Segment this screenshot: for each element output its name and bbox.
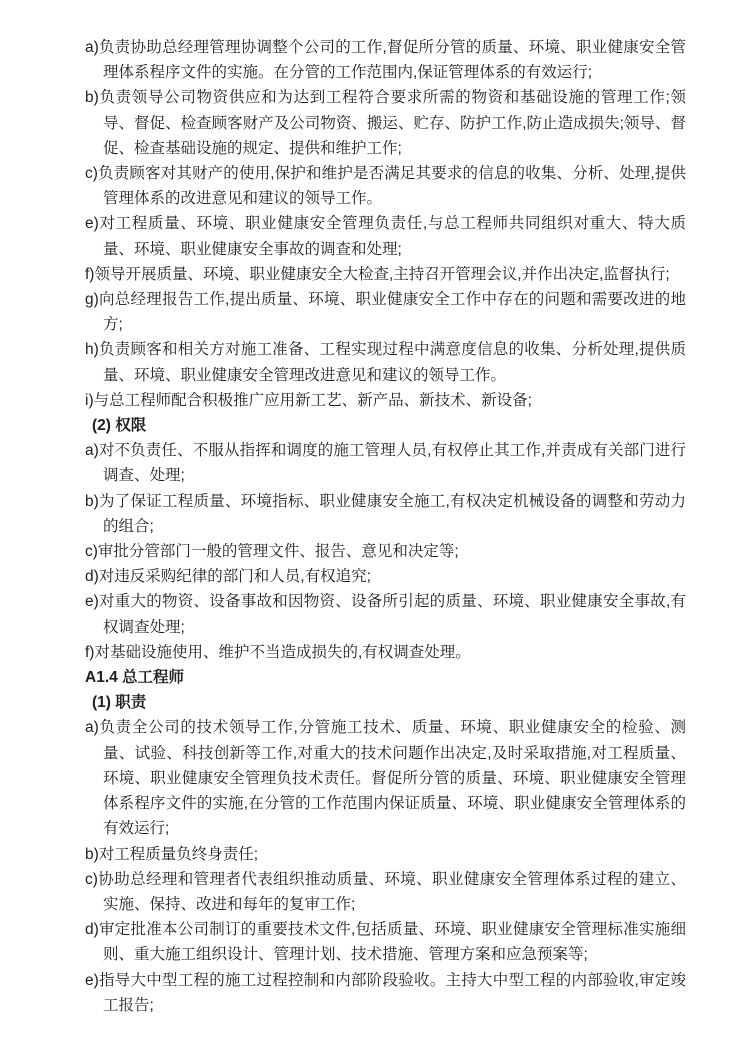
- list-item: e)对工程质量、环境、职业健康安全管理负责任,与总工程师共同组织对重大、特大质量…: [85, 211, 686, 261]
- list-item: d)对违反采购纪律的部门和人员,有权追究;: [85, 564, 686, 589]
- list-item: b)对工程质量负终身责任;: [85, 842, 686, 867]
- section-heading: A1.4 总工程师: [85, 665, 686, 690]
- list-item: g)向总经理报告工作,提出质量、环境、职业健康安全工作中存在的问题和需要改进的地…: [85, 287, 686, 337]
- list-item: e)对重大的物资、设备事故和因物资、设备所引起的质量、环境、职业健康安全事故,有…: [85, 589, 686, 639]
- list-item: c)审批分管部门一般的管理文件、报告、意见和决定等;: [85, 539, 686, 564]
- list-item: b)为了保证工程质量、环境指标、职业健康安全施工,有权决定机械设备的调整和劳动力…: [85, 489, 686, 539]
- subsection-heading: (1) 职责: [85, 690, 686, 715]
- list-item: e)指导大中型工程的施工过程控制和内部阶段验收。主持大中型工程的内部验收,审定竣…: [85, 968, 686, 1018]
- list-item: f)领导开展质量、环境、职业健康安全大检查,主持召开管理会议,并作出决定,监督执…: [85, 262, 686, 287]
- list-item: d)审定批准本公司制订的重要技术文件,包括质量、环境、职业健康安全管理标准实施细…: [85, 917, 686, 967]
- list-item: a)负责协助总经理管理协调整个公司的工作,督促所分管的质量、环境、职业健康安全管…: [85, 35, 686, 85]
- list-item: f)对基础设施使用、维护不当造成损失的,有权调查处理。: [85, 640, 686, 665]
- list-item: c)负责顾客对其财产的使用,保护和维护是否满足其要求的信息的收集、分析、处理,提…: [85, 161, 686, 211]
- list-item: c)协助总经理和管理者代表组织推动质量、环境、职业健康安全管理体系过程的建立、实…: [85, 867, 686, 917]
- list-item: h)负责顾客和相关方对施工准备、工程实现过程中满意度信息的收集、分析处理,提供质…: [85, 337, 686, 387]
- list-item: a)对不负责任、不服从指挥和调度的施工管理人员,有权停止其工作,并责成有关部门进…: [85, 438, 686, 488]
- document-content: a)负责协助总经理管理协调整个公司的工作,督促所分管的质量、环境、职业健康安全管…: [85, 35, 686, 1018]
- subsection-heading: (2) 权限: [85, 413, 686, 438]
- document-page: a)负责协助总经理管理协调整个公司的工作,督促所分管的质量、环境、职业健康安全管…: [0, 0, 744, 1052]
- list-item: b)负责领导公司物资供应和为达到工程符合要求所需的物资和基础设施的管理工作;领导…: [85, 85, 686, 161]
- list-item: i)与总工程师配合积极推广应用新工艺、新产品、新技术、新设备;: [85, 388, 686, 413]
- list-item: a)负责全公司的技术领导工作,分管施工技术、质量、环境、职业健康安全的检验、测量…: [85, 715, 686, 841]
